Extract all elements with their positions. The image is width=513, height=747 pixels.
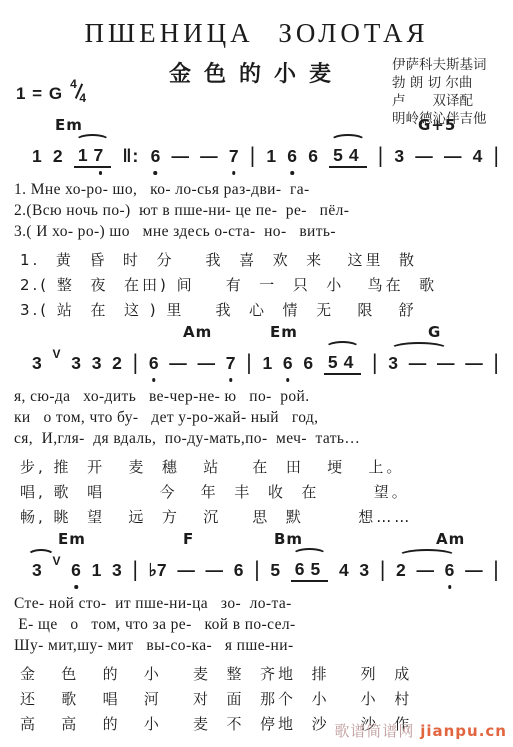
- note-flat: ♭7: [149, 560, 167, 581]
- chord-row: Em F Bm Am: [0, 530, 513, 550]
- note: 1: [262, 353, 272, 374]
- breath-mark: V: [52, 554, 60, 568]
- lyric-line-russian: ся, И,гля- дя вдаль, по-ду-мать,по- меч-…: [14, 428, 513, 449]
- note: 3: [71, 353, 81, 374]
- credit-lyricist: 伊萨科夫斯基词: [392, 56, 510, 74]
- note: 1: [32, 146, 42, 167]
- chord-label: Am: [436, 530, 465, 548]
- note-pair-slurred: 17: [74, 145, 111, 168]
- lyric-line-chinese: 还 歌 唱 河 对 面 那个 小 小 村: [20, 687, 513, 712]
- dash: —: [171, 146, 189, 167]
- note-low: 7: [226, 353, 236, 374]
- barline: |: [378, 143, 383, 168]
- watermark-site-name: 歌谱简谱网: [334, 722, 414, 740]
- watermark-site-url: jianpu.cn: [420, 722, 507, 740]
- note: 2: [53, 146, 63, 167]
- lyric-line-chinese: 唱, 歌 唱 今 年 丰 收 在 望。: [20, 480, 513, 505]
- key-label: 1 = G: [16, 84, 63, 103]
- barline: |: [380, 557, 385, 582]
- note: 6: [234, 560, 244, 581]
- barline: |: [372, 350, 377, 375]
- lyric-line-russian: ки о том, что бу- дет у-ро-жай- ный год,: [14, 407, 513, 428]
- barline: |: [493, 557, 498, 582]
- chord-label: Bm: [274, 530, 303, 548]
- note: 5: [270, 560, 280, 581]
- barline: |: [133, 350, 138, 375]
- lyric-line-chinese: 步, 推 开 麦 穗 站 在 田 埂 上。: [20, 455, 513, 480]
- breath-mark: V: [52, 347, 60, 361]
- lyric-line-russian: я, сю-да хо-дить ве-чер-не- ю по- рой.: [14, 386, 513, 407]
- note: 3: [32, 353, 42, 374]
- note-tie-start: 3: [388, 353, 398, 374]
- note-slur-start: 2: [396, 560, 406, 581]
- time-signature-top: 4: [70, 77, 78, 91]
- note: 4: [339, 560, 349, 581]
- note-low: 6: [149, 353, 159, 374]
- note-pair-slurred: 54: [329, 145, 366, 168]
- chord-label: Em: [55, 116, 83, 134]
- time-signature: 44: [70, 82, 87, 102]
- dash: —: [169, 353, 187, 374]
- dash: —: [437, 353, 455, 374]
- note-low: 6: [287, 146, 297, 167]
- note: 6: [303, 353, 313, 374]
- note: 2: [112, 353, 122, 374]
- time-signature-bottom: 4: [79, 91, 87, 105]
- chord-label: Em: [270, 323, 298, 341]
- credit-translator: 卢 双译配: [392, 92, 510, 110]
- chord-label: G: [428, 323, 441, 341]
- chord-label: F: [183, 530, 194, 548]
- note: 4: [473, 146, 483, 167]
- dash: —: [198, 353, 216, 374]
- lyrics-russian: я, сю-да хо-дить ве-чер-не- ю по- рой. к…: [0, 386, 513, 449]
- lyric-line-chinese: 金 色 的 小 麦 整 齐地 排 列 成: [20, 662, 513, 687]
- sheet-music-page: ПШЕНИЦА ЗОЛОТАЯ 金色的小麦 1 = G44 伊萨科夫斯基词 勃 …: [0, 0, 513, 747]
- lyric-line-russian: 2.(Всю ночь по-) ют в пше-ни- це пе- ре-…: [14, 200, 513, 221]
- chord-row: Am Em G: [0, 323, 513, 343]
- note-low: 6: [283, 353, 293, 374]
- lyric-line-chinese: 3.( 站 在 这 ) 里 我 心 情 无 限 舒: [20, 298, 513, 323]
- note: 3: [394, 146, 404, 167]
- note-low: 7: [229, 146, 239, 167]
- chord-row: Em G+5: [0, 116, 513, 136]
- notation-line: 3 V 6 1 3 | ♭7 — — 6 | 5 65 4 3 | 2 — 6 …: [0, 552, 513, 588]
- note-low: 6: [151, 146, 161, 167]
- dash: —: [465, 560, 483, 581]
- lyric-line-russian: 3.( И хо- ро-) шо мне здесь о-ста- но- в…: [14, 221, 513, 242]
- lyrics-chinese: 1. 黄 昏 时 分 我 喜 欢 来 这里 散 2.( 整 夜 在田) 间 有 …: [0, 248, 513, 323]
- dash: —: [444, 146, 462, 167]
- note: 3: [92, 353, 102, 374]
- chord-label: G+5: [418, 116, 456, 134]
- music-system-2: Am Em G 3 V 3 3 2 | 6 — — 7 | 1 6 6 54 |…: [0, 323, 513, 530]
- page-title-russian: ПШЕНИЦА ЗОЛОТАЯ: [0, 18, 513, 49]
- note-pair-slurred: 65: [291, 559, 328, 582]
- lyric-line-chinese: 畅, 眺 望 远 方 沉 思 默 想……: [20, 505, 513, 530]
- note-low: 6: [71, 560, 81, 581]
- barline: |: [493, 350, 498, 375]
- note: 1: [266, 146, 276, 167]
- note: 3: [359, 560, 369, 581]
- key-signature: 1 = G44: [16, 82, 87, 104]
- note: 3: [112, 560, 122, 581]
- lyric-line-russian: Е- ще о том, что за ре- кой в по-сел-: [14, 614, 513, 635]
- dash: —: [200, 146, 218, 167]
- lyric-line-chinese: 1. 黄 昏 时 分 我 喜 欢 来 这里 散: [20, 248, 513, 273]
- lyrics-russian: Сте- ной сто- ит пше-ни-ца зо- ло-та- Е-…: [0, 593, 513, 656]
- music-system-1: Em G+5 1 2 17 ‖: 6 — — 7 | 1 6 6 54 | 3 …: [0, 116, 513, 323]
- credit-composer: 勃 朗 切 尔曲: [392, 74, 510, 92]
- repeat-begin-sign: ‖:: [122, 146, 139, 167]
- chord-label: Am: [183, 323, 212, 341]
- watermark: 歌谱简谱网 jianpu.cn: [334, 720, 507, 741]
- dash: —: [416, 560, 434, 581]
- barline: |: [494, 143, 499, 168]
- dash: —: [415, 146, 433, 167]
- lyric-line-russian: Сте- ной сто- ит пше-ни-ца зо- ло-та-: [14, 593, 513, 614]
- note-tie-end: 3: [32, 560, 42, 581]
- music-system-3: Em F Bm Am 3 V 6 1 3 | ♭7 — — 6 | 5 65 4…: [0, 530, 513, 737]
- note-low: 6: [445, 560, 455, 581]
- barline: |: [132, 557, 137, 582]
- dash: —: [465, 353, 483, 374]
- notation-line: 3 V 3 3 2 | 6 — — 7 | 1 6 6 54 | 3 — — —…: [0, 345, 513, 381]
- lyric-line-russian: Шу- мит,шу- мит вы-со-ка- я пше-ни-: [14, 635, 513, 656]
- barline: |: [254, 557, 259, 582]
- chord-label: Em: [58, 530, 86, 548]
- lyrics-russian: 1. Мне хо-ро- шо, ко- ло-сья раз-дви- га…: [0, 179, 513, 242]
- lyrics-chinese: 步, 推 开 麦 穗 站 在 田 埂 上。 唱, 歌 唱 今 年 丰 收 在 望…: [0, 455, 513, 530]
- note: 6: [308, 146, 318, 167]
- note-pair-slurred: 54: [324, 352, 361, 375]
- note: 1: [92, 560, 102, 581]
- dash: —: [409, 353, 427, 374]
- dash: —: [206, 560, 224, 581]
- notation-line: 1 2 17 ‖: 6 — — 7 | 1 6 6 54 | 3 — — 4 |: [0, 138, 513, 174]
- barline: |: [246, 350, 251, 375]
- barline: |: [250, 143, 255, 168]
- dash: —: [177, 560, 195, 581]
- lyric-line-russian: 1. Мне хо-ро- шо, ко- ло-сья раз-дви- га…: [14, 179, 513, 200]
- lyric-line-chinese: 2.( 整 夜 在田) 间 有 一 只 小 鸟在 歌: [20, 273, 513, 298]
